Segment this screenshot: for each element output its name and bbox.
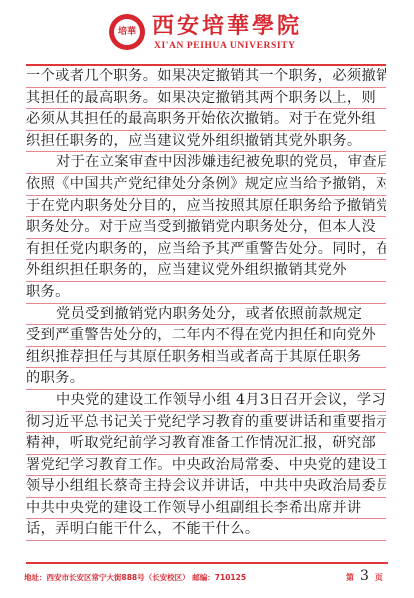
text-line: 必须从其担任的最高职务开始依次撤销。对于在党外组 — [26, 109, 386, 131]
text-line: 其担任的最高职务。如果决定撤销其两个职务以上，则 — [26, 88, 386, 110]
text-line: 外组织担任职务的，应当建议党外组织撤销其党外 — [26, 260, 386, 282]
text-line: 依照《中国共产党纪律处分条例》规定应当给予撤销，对 — [26, 174, 386, 196]
text-line: 精神，听取党纪前学习教育准备工作情况汇报，研究部 — [26, 433, 386, 455]
text-line: 彻习近平总书记关于党纪学习教育的重要讲话和重要指示 — [26, 412, 386, 434]
text-line: 受到严重警告处分的，二年内不得在党内担任和向党外 — [26, 325, 386, 347]
text-line: 署党纪学习教育工作。中央政治局常委、中央党的建设工作 — [26, 455, 386, 477]
footer-address: 地址：西安市长安区常宁大街888号（长安校区） 邮编：710125 — [24, 572, 246, 583]
text-line: 有担任党内职务的，应当给予其严重警告处分。同时，在党 — [26, 239, 386, 261]
text-line: 的职务。 — [26, 368, 386, 390]
text-line: 领导小组组长蔡奇主持会议并讲话，中共中央政治局委员、 — [26, 476, 386, 498]
text-line: 中央党的建设工作领导小组 4月3日召开会议，学习贯 — [26, 390, 386, 412]
page-prefix: 第 — [346, 573, 354, 582]
seal-text: 培華 — [114, 19, 140, 45]
university-name-cn: 西安培華學院 — [152, 14, 302, 38]
university-seal-logo: 培華 — [109, 14, 145, 50]
text-line: 职务。 — [26, 282, 386, 304]
text-line: 职务处分。对于应当受到撤销党内职务处分，但本人没 — [26, 217, 386, 239]
university-name-en: XI'AN PEIHUA UNIVERSITY — [154, 41, 296, 51]
text-line: 组织推荐担任与其原任职务相当或者高于其原任职务 — [26, 347, 386, 369]
footer-divider — [26, 562, 388, 564]
handwritten-page-body: 一个或者几个职务。如果决定撤销其一个职务，必须撤销 其担任的最高职务。如果决定撤… — [26, 66, 386, 541]
page-number: 3 — [360, 568, 369, 584]
text-line: 中共中央党的建设工作领导小组副组长李希出席并讲 — [26, 498, 386, 520]
text-line: 话，弄明白能干什么，不能干什么。 — [26, 519, 386, 541]
text-line: 于在党内职务处分目的，应当按照其原任职务给予撤销党内 — [26, 196, 386, 218]
text-line: 一个或者几个职务。如果决定撤销其一个职务，必须撤销 — [26, 66, 386, 88]
text-line: 对于在立案审查中因涉嫌违纪被免职的党员，审查后 — [26, 152, 386, 174]
text-line: 党员受到撤销党内职务处分，或者依照前款规定 — [26, 304, 386, 326]
page-suffix: 页 — [375, 573, 383, 582]
page-number-label: 第3页 — [346, 568, 383, 584]
letterhead: 培華 西安培華學院 XI'AN PEIHUA UNIVERSITY — [0, 0, 414, 66]
text-line: 织担任职务的，应当建议党外组织撤销其党外职务。 — [26, 131, 386, 153]
